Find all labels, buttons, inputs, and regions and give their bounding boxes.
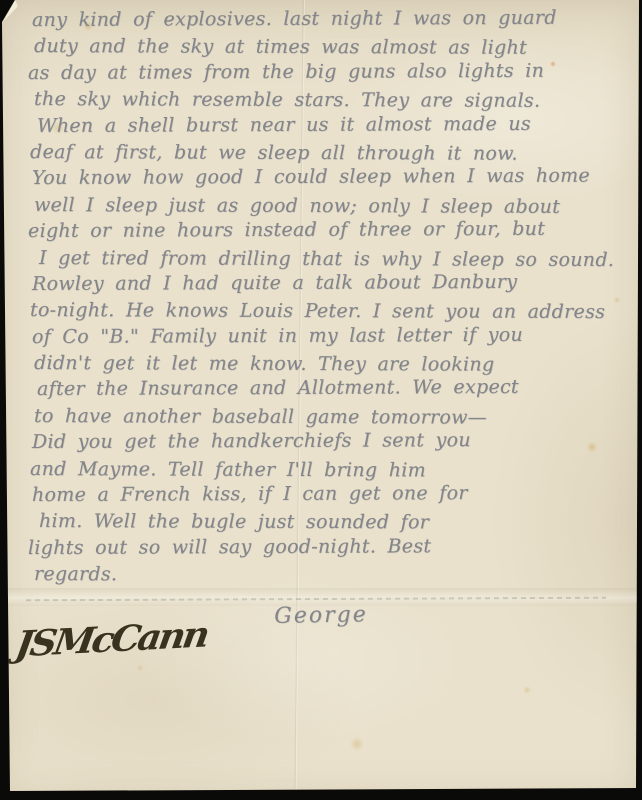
letter-line: Rowley and I had quite a talk about Danb…	[32, 268, 632, 297]
letter-line: home a French kiss, if I can get one for	[32, 479, 632, 508]
letter-body: any kind of explosives. last night I was…	[32, 7, 632, 588]
letter-line: after the Insurance and Allotment. We ex…	[37, 374, 632, 403]
letter-page: any kind of explosives. last night I was…	[0, 0, 642, 800]
letter-line: When a shell burst near us it almost mad…	[37, 110, 632, 139]
ink-signature: JSMcCann	[13, 613, 210, 665]
letter-line: lights out so will say good-night. Best	[28, 532, 632, 561]
letter-line: of Co "B." Family unit in my last letter…	[32, 321, 632, 350]
letter-line: Did you get the handkerchiefs I sent you	[32, 427, 632, 456]
letter-line: any kind of explosives. last night I was…	[32, 4, 632, 33]
scanned-letter: any kind of explosives. last night I was…	[0, 0, 642, 800]
letter-line: eight or nine hours instead of three or …	[28, 215, 632, 244]
letter-line: regards.	[34, 561, 634, 589]
letter-line: as day at times from the big guns also l…	[28, 57, 632, 86]
letter-line: You know how good I could sleep when I w…	[32, 163, 632, 192]
